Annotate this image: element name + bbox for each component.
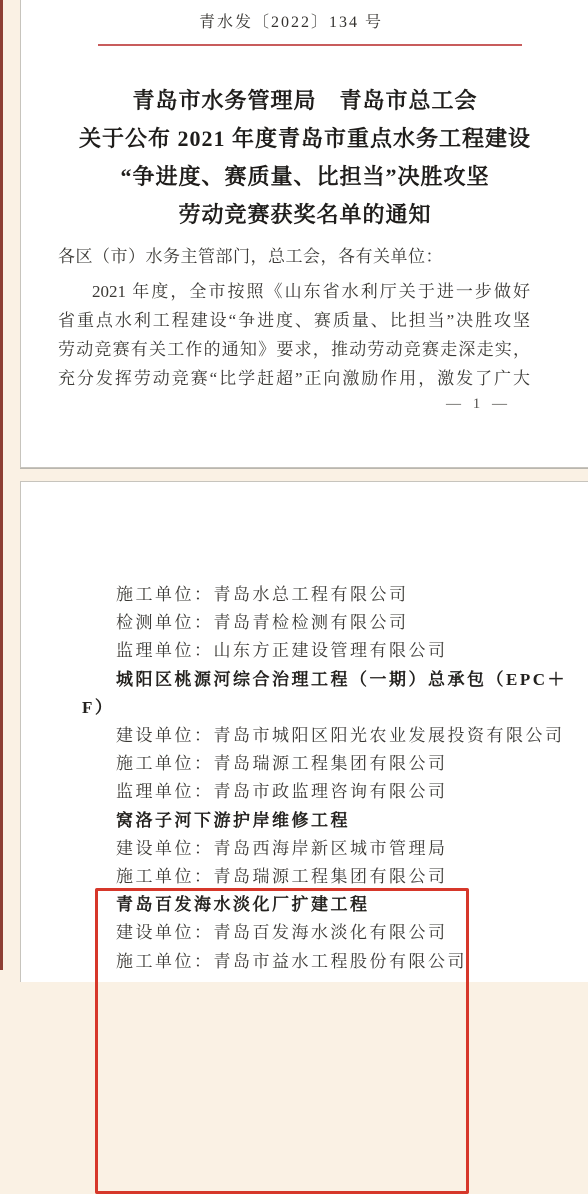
unit-line: 施工单位：青岛瑞源工程集团有限公司 — [82, 863, 579, 891]
project-heading: 城阳区桃源河综合治理工程（一期）总承包（EPC＋ — [82, 666, 579, 694]
project-heading: 窝洛子河下游护岸维修工程 — [82, 807, 579, 835]
award-list: 施工单位：青岛水总工程有限公司 检测单位：青岛青检检测有限公司 监理单位：山东方… — [82, 581, 579, 970]
title-line: “争进度、赛质量、比担当”决胜攻坚 — [21, 158, 588, 196]
unit-line: 施工单位：青岛水总工程有限公司 — [82, 581, 579, 609]
unit-line: 监理单位：山东方正建设管理有限公司 — [82, 637, 579, 665]
title-line: 劳动竞赛获奖名单的通知 — [21, 196, 588, 234]
unit-line: 建设单位：青岛市城阳区阳光农业发展投资有限公司 — [82, 722, 579, 750]
unit-line: 建设单位：青岛西海岸新区城市管理局 — [82, 835, 579, 863]
body-line: 省重点水利工程建设“争进度、赛质量、比担当”决胜攻坚 — [58, 306, 530, 335]
left-edge-accent — [0, 0, 3, 970]
body-line: 2021 年度，全市按照《山东省水利厅关于进一步做好 — [58, 277, 530, 306]
project-heading-wrap: F） — [82, 694, 579, 722]
title-line: 青岛市水务管理局 青岛市总工会 — [21, 82, 588, 120]
document-title: 青岛市水务管理局 青岛市总工会 关于公布 2021 年度青岛市重点水务工程建设 … — [21, 82, 588, 234]
unit-line: 施工单位：青岛市益水工程股份有限公司 — [82, 948, 579, 970]
document-number: 青水发〔2022〕134 号 — [7, 9, 575, 32]
highlighted-project-heading: 青岛百发海水淡化厂扩建工程 — [82, 891, 579, 919]
page-number: — 1 — — [446, 396, 511, 413]
salutation-line: 各区（市）水务主管部门，总工会，各有关单位： — [58, 242, 443, 267]
unit-line: 检测单位：青岛青检检测有限公司 — [82, 609, 579, 637]
body-line: 充分发挥劳动竞赛“比学赶超”正向激励作用，激发了广大 — [58, 364, 530, 393]
unit-line: 监理单位：青岛市政监理咨询有限公司 — [82, 778, 579, 806]
unit-line: 施工单位：青岛瑞源工程集团有限公司 — [82, 750, 579, 778]
body-line: 劳动竞赛有关工作的通知》要求，推动劳动竞赛走深走实， — [58, 335, 530, 364]
document-page-2: 施工单位：青岛水总工程有限公司 检测单位：青岛青检检测有限公司 监理单位：山东方… — [20, 481, 588, 970]
red-divider-line — [98, 44, 522, 46]
body-text: 2021 年度，全市按照《山东省水利厅关于进一步做好 省重点水利工程建设“争进度… — [58, 277, 530, 393]
document-page-1: 青水发〔2022〕134 号 青岛市水务管理局 青岛市总工会 关于公布 2021… — [20, 0, 588, 468]
title-line: 关于公布 2021 年度青岛市重点水务工程建设 — [21, 120, 588, 158]
unit-line: 建设单位：青岛百发海水淡化有限公司 — [82, 919, 579, 947]
